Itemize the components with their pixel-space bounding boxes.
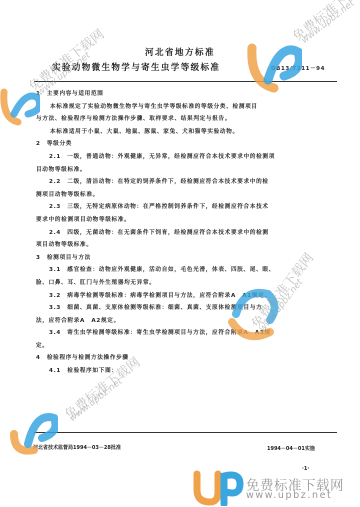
paragraph-line: 法，应符合附录A A2规定。 (36, 315, 332, 328)
issued-date: 河北省技术监督局1994－03－28批准 (33, 444, 121, 451)
up-logo-icon (192, 470, 244, 506)
paragraph-line: 4.1 检验程序如下图： (36, 365, 332, 378)
paragraph-line: 2.4 四级，无菌动物：在无菌条件下饲育，经检测应符合本技术要求中的检测 (36, 227, 332, 240)
paragraph-line: 目动物等级标准。 (36, 164, 332, 177)
footer-rule (34, 432, 337, 433)
paragraph-line: 本标准适用于小鼠、大鼠、地鼠、豚鼠、家兔、犬和猫等实验动物。 (36, 126, 332, 139)
site-logo-url: www.upbz.net (246, 490, 332, 501)
paragraph-line: 本标准规定了实验动物微生物学与寄生虫学等级标准的等级分类、检测项目 (36, 101, 332, 114)
effective-date: 1994－04－01实施 (267, 445, 315, 452)
section-heading-4: 4 检验程序与检测方法操作步骤 (36, 352, 332, 365)
header-rule (34, 81, 337, 82)
paragraph-line: 2.3 三级，无特定病原体动物：在严格控制饲养条件下，经检测应符合本技术 (36, 201, 332, 214)
paragraph-line: 要求中的检测项目动物等级标准。 (36, 214, 332, 227)
document-page: 河北省地方标准 实验动物微生物学与寄生虫学等级标准 DB13/T211－94 1… (0, 0, 360, 507)
paragraph-line: 项目动物等级标准。 (36, 239, 332, 252)
paragraph-line: 3.4 寄生虫学检测等级标准：寄生虫学检测项目与方法，应符合附录A A3规 (36, 327, 332, 340)
paragraph-line: 定。 (36, 340, 332, 353)
page-number: ·1· (302, 466, 309, 472)
paragraph-line: 与方法、检验程序与检测方法操作步骤、取样要求、结果判定与报告。 (36, 113, 332, 126)
section-heading-2: 2 等级分类 (36, 138, 332, 151)
paragraph-line: 2.1 一级，普通动物：外观健康，无异常，经检测应符合本技术要求中的检测项 (36, 151, 332, 164)
document-body: 1 主要内容与适用范围 本标准规定了实验动物微生物学与寄生虫学等级标准的等级分类… (36, 88, 332, 378)
paragraph-line: 2.2 二级，清洁动物：在特定的饲养条件下，经检测应符合本技术要求中的检 (36, 176, 332, 189)
paragraph-line: 测项目动物等级标准。 (36, 189, 332, 202)
section-heading-3: 3 检测项目与方法 (36, 252, 332, 265)
standard-number: DB13/T211－94 (271, 64, 325, 72)
watermark-site-name: 免费标准下载网 (24, 24, 107, 95)
section-heading-1: 1 主要内容与适用范围 (36, 88, 332, 101)
